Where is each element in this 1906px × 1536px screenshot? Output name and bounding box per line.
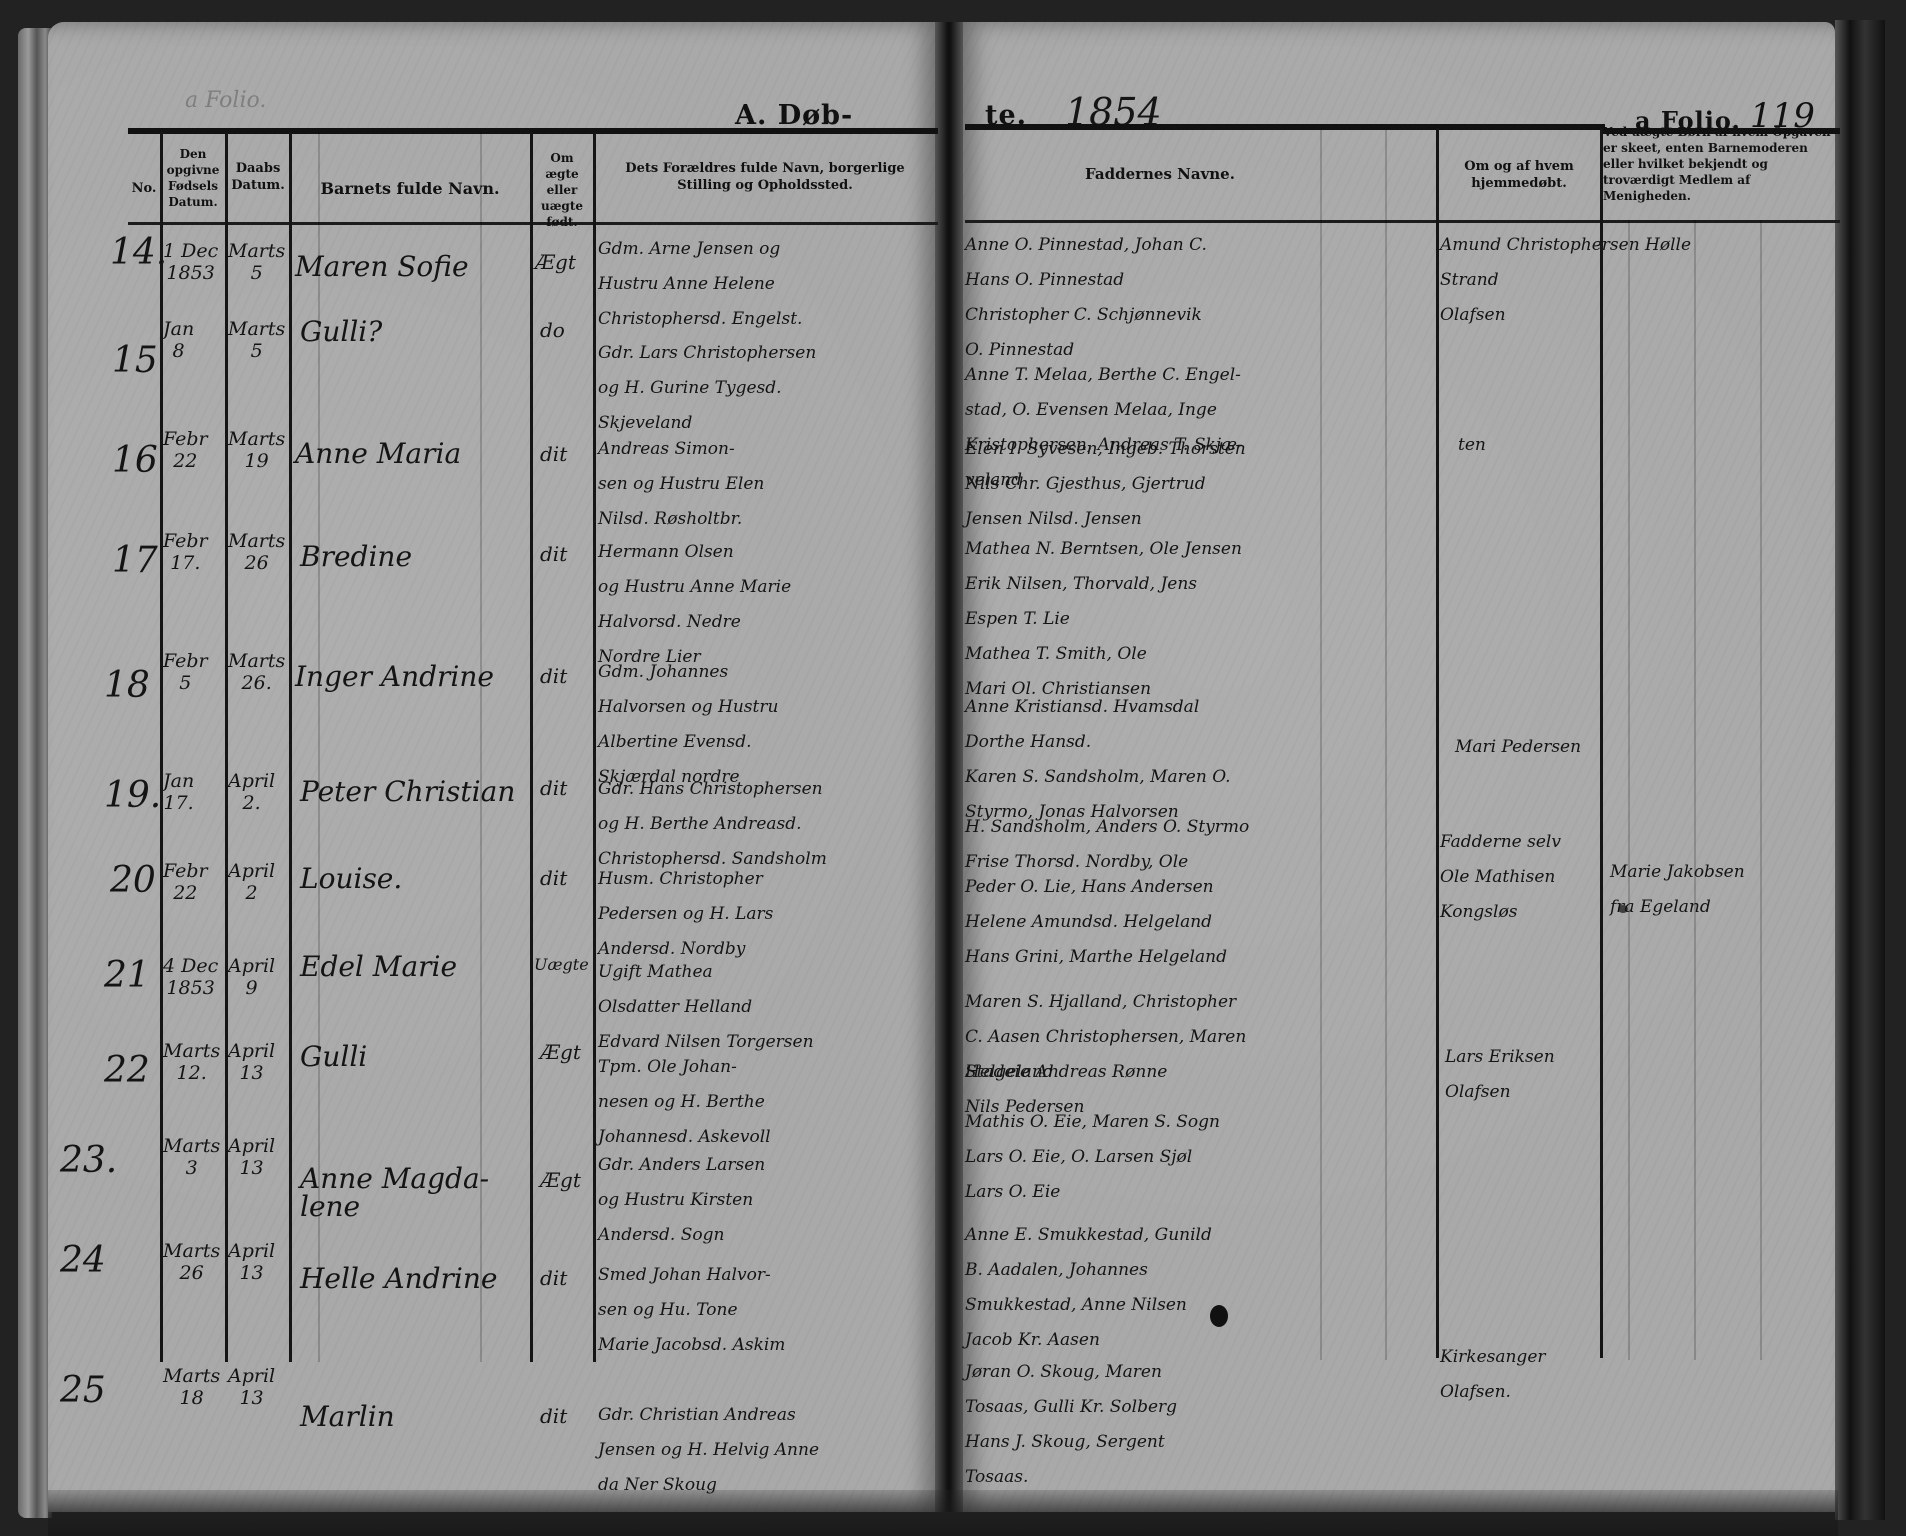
header-rule-right (965, 124, 1605, 130)
column-header-birth-date: Den opgivne Fødsels Datum. (162, 146, 224, 210)
child-name: Gulli (300, 1040, 367, 1073)
legitimacy: Ægt (535, 250, 576, 274)
informant: Marie Jakobsen fra Egeland (1610, 855, 1840, 925)
parents: Husm. Christopher Pedersen og H. Lars An… (598, 862, 938, 967)
parents: Hermann Olsen og Hustru Anne Marie Halvo… (598, 535, 938, 675)
sponsors: Anne Kristiansd. Hvamsdal Dorthe Hansd. … (965, 690, 1435, 830)
parents: Gdr. Anders Larsen og Hustru Kirsten And… (598, 1148, 938, 1253)
parents: Andreas Simon- sen og Hustru Elen Nilsd.… (598, 432, 938, 537)
entry-number: 21 (104, 955, 150, 996)
book-spine (935, 22, 963, 1512)
baptism-date: Marts 5 (228, 240, 285, 284)
baptism-date: April 9 (228, 955, 275, 999)
child-name: Edel Marie (300, 950, 457, 983)
home-baptism: ten (1458, 428, 1608, 463)
birth-date: Marts 12. (163, 1040, 220, 1084)
sponsors: Anne E. Smukkestad, Gunild B. Aadalen, J… (965, 1218, 1435, 1358)
entry-number: 16 (112, 440, 158, 481)
baptism-date: April 2 (228, 860, 275, 904)
birth-date: Febr 17. (163, 530, 208, 574)
faint-col-divider (1760, 220, 1762, 1360)
entry-number: 19. (104, 775, 161, 816)
parents: Gdr. Lars Christophersen og H. Gurine Ty… (598, 336, 938, 441)
home-baptism: Amund Christophersen Hølle Strand Olafse… (1440, 228, 1630, 333)
legitimacy: Ægt (540, 1168, 581, 1192)
birth-date: Febr 22 (163, 428, 208, 472)
parents: Tpm. Ole Johan- nesen og H. Berthe Johan… (598, 1050, 938, 1155)
baptism-date: April 2. (228, 770, 275, 814)
child-name: Maren Sofie (295, 250, 469, 283)
header-bottom-rule-right (965, 220, 1840, 223)
legitimacy: dit (540, 542, 567, 566)
baptism-date: Marts 5 (228, 318, 285, 362)
faint-col-divider (1628, 220, 1630, 1360)
child-name: Louise. (300, 862, 402, 895)
register-book-scan: a Folio. A. Døb- te. 1854 a Folio. 119 N… (0, 0, 1906, 1536)
legitimacy: dit (540, 1404, 567, 1428)
home-baptism: Mari Pedersen (1455, 730, 1605, 765)
mirror-folio-text: a Folio. (185, 88, 266, 113)
legitimacy: dit (540, 442, 567, 466)
column-header-home-baptism: Om og af hvem hjemmedøbt. (1440, 158, 1598, 192)
child-name: Peter Christian (300, 775, 515, 808)
sponsors: Peder O. Lie, Hans Andersen Helene Amund… (965, 870, 1435, 975)
home-baptism: Kirkesanger Olafsen. (1440, 1340, 1600, 1410)
column-header-baptism-date: Daabs Datum. (227, 160, 289, 194)
entry-number: 18 (104, 665, 150, 706)
birth-date: 1 Dec 1853 (163, 240, 218, 284)
birth-date: Jan 8 (163, 318, 194, 362)
baptism-date: April 13 (228, 1040, 275, 1084)
birth-date: Marts 18 (163, 1365, 220, 1409)
book-edge-left (18, 28, 52, 1518)
child-name: Inger Andrine (295, 660, 494, 693)
entry-number: 15 (112, 340, 158, 381)
baptism-date: April 13 (228, 1135, 275, 1179)
legitimacy: do (540, 318, 565, 342)
legitimacy: Ægt (540, 1040, 581, 1064)
birth-date: Marts 26 (163, 1240, 220, 1284)
birth-date: Febr 5 (163, 650, 208, 694)
child-name: Gulli? (300, 315, 382, 348)
col-divider (289, 132, 292, 1362)
birth-date: 4 Dec 1853 (163, 955, 218, 999)
legitimacy: dit (540, 776, 567, 800)
column-header-parents: Dets Forældres fulde Navn, borgerlige St… (600, 160, 930, 194)
entry-number: 20 (110, 860, 156, 901)
bottom-shadow (48, 1490, 1838, 1536)
entry-number: 17 (112, 540, 158, 581)
entry-number: 25 (60, 1370, 106, 1411)
birth-date: Febr 22 (163, 860, 208, 904)
legitimacy: dit (540, 1266, 567, 1290)
legitimacy: dit (540, 866, 567, 890)
baptism-date: April 13 (228, 1240, 275, 1284)
entry-number: 22 (104, 1050, 150, 1091)
baptism-date: Marts 26 (228, 530, 285, 574)
entry-number: 14. (110, 232, 167, 273)
section-title-left: A. Døb- (735, 100, 853, 131)
column-header-legitimacy: Om ægte eller uægte født. (532, 150, 592, 230)
sponsors: Mathea N. Berntsen, Ole Jensen Erik Nils… (965, 532, 1435, 707)
column-header-informant: Ved uægte Børn af hvem Opgaven er skeet,… (1603, 124, 1838, 204)
book-edge-right (1835, 20, 1885, 1520)
baptism-date: April 13 (228, 1365, 275, 1409)
sponsors: Anne O. Pinnestad, Johan C. Hans O. Pinn… (965, 228, 1435, 368)
entry-number: 24 (60, 1240, 106, 1281)
col-divider (530, 132, 533, 1362)
column-header-child-name: Barnets fulde Navn. (300, 180, 520, 197)
legitimacy: Uægte (534, 955, 589, 974)
parents: Smed Johan Halvor- sen og Hu. Tone Marie… (598, 1258, 938, 1363)
child-name: Helle Andrine (300, 1262, 498, 1295)
sponsors: Jøran O. Skoug, Maren Tosaas, Gulli Kr. … (965, 1355, 1435, 1495)
column-header-sponsors: Faddernes Navne. (1010, 166, 1310, 183)
birth-date: Marts 3 (163, 1135, 220, 1179)
entry-number: 23. (60, 1140, 117, 1181)
faint-col-divider (1694, 220, 1696, 1360)
parents: Gdm. Arne Jensen og Hustru Anne Helene C… (598, 232, 938, 337)
birth-date: Jan 17. (163, 770, 194, 814)
parents: Ugift Mathea Olsdatter Helland Edvard Ni… (598, 955, 938, 1060)
child-name: Anne Maria (295, 437, 461, 470)
col-divider (593, 132, 596, 1362)
home-baptism: Fadderne selv Ole Mathisen Kongsløs (1440, 825, 1600, 930)
parents: Gdr. Christian Andreas Jensen og H. Helv… (598, 1398, 938, 1503)
home-baptism: Lars Eriksen Olafsen (1445, 1040, 1600, 1110)
child-name: Bredine (300, 540, 412, 573)
ink-blot (1618, 905, 1628, 913)
child-name: Marlin (300, 1400, 395, 1433)
column-header-no: No. (128, 180, 160, 197)
legitimacy: dit (540, 664, 567, 688)
sponsors: Elen I. Syvesen, Ingeb. Thorsten Nils Ch… (965, 432, 1435, 537)
child-name: Anne Magda- lene (300, 1165, 489, 1221)
baptism-date: Marts 19 (228, 428, 285, 472)
col-divider (1436, 128, 1439, 1358)
sponsors: Mathis O. Eie, Maren S. Sogn Lars O. Eie… (965, 1105, 1435, 1210)
baptism-date: Marts 26. (228, 650, 285, 694)
header-rule-left (128, 128, 938, 134)
ink-blot (1210, 1305, 1228, 1327)
